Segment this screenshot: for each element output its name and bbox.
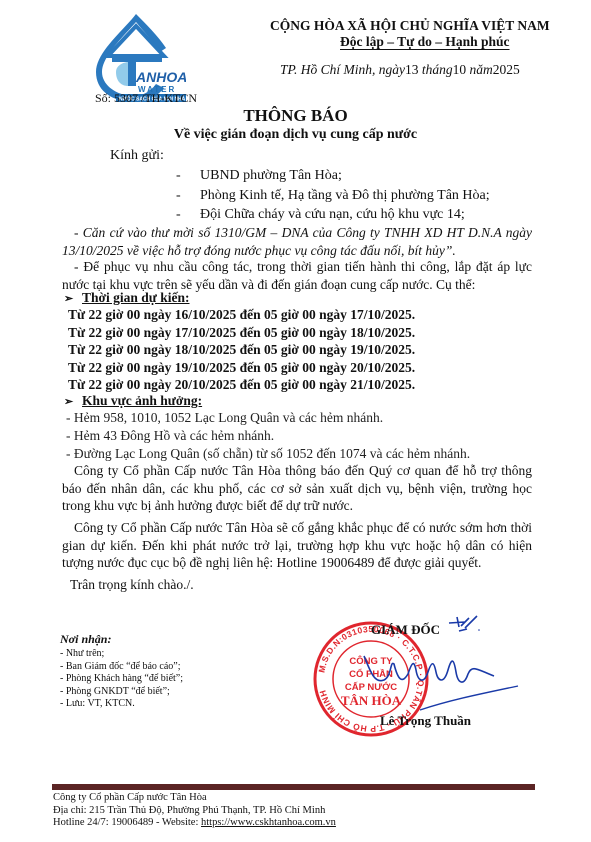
- reason-paragraph: - Để phục vụ nhu cầu công tác, trong thờ…: [62, 258, 532, 293]
- distribution-item: - Lưu: VT, KTCN.: [60, 698, 183, 711]
- schedule-item: Từ 22 giờ 00 ngày 16/10/2025 đến 05 giờ …: [68, 306, 415, 324]
- signer-name: Lê Trọng Thuần: [380, 713, 471, 729]
- distribution-item: - Như trên;: [60, 648, 183, 661]
- schedule-item: Từ 22 giờ 00 ngày 17/10/2025 đến 05 giờ …: [68, 324, 415, 342]
- footer-divider: [52, 784, 535, 790]
- footer: Công ty Cổ phần Cấp nước Tân Hòa Địa chỉ…: [53, 792, 336, 830]
- area-item: - Hẻm 958, 1010, 1052 Lạc Long Quân và c…: [66, 409, 470, 427]
- footer-hotline: Hotline 24/7: 19006489 - Website:: [53, 817, 201, 828]
- signature-icon: [360, 640, 520, 720]
- svg-text:ANHOA: ANHOA: [135, 69, 186, 85]
- handwritten-signature: [360, 640, 520, 720]
- document-subtitle: Về việc gián đoạn dịch vụ cung cấp nước: [0, 127, 591, 143]
- document-title: THÔNG BÁO: [0, 106, 591, 126]
- distribution-item: - Phòng Khách hàng “để biết”;: [60, 673, 183, 686]
- distribution-list: - Như trên; - Ban Giám đốc “để báo cáo”;…: [60, 648, 183, 711]
- date-prefix: TP. Hồ Chí Minh, ngày: [280, 62, 405, 77]
- recipient-item: -Phòng Kinh tế, Hạ tầng và Đô thị phường…: [176, 186, 490, 206]
- signer-role: GIÁM ĐỐC: [371, 622, 440, 638]
- schedule-list: Từ 22 giờ 00 ngày 16/10/2025 đến 05 giờ …: [68, 306, 415, 394]
- date-year-label: năm: [466, 62, 493, 77]
- schedule-item: Từ 22 giờ 00 ngày 19/10/2025 đến 05 giờ …: [68, 359, 415, 377]
- recipient-list: -UBND phường Tân Hòa; -Phòng Kinh tế, Hạ…: [176, 166, 490, 225]
- distribution-item: - Ban Giám đốc “để báo cáo”;: [60, 661, 183, 674]
- date-month-label: tháng: [419, 62, 453, 77]
- recipient-item: -UBND phường Tân Hòa;: [176, 166, 490, 186]
- document-number: Số: 5307 /TH-KTCN: [95, 91, 197, 106]
- date-year: 2025: [493, 62, 520, 77]
- notice-paragraph: Công ty Cổ phần Cấp nước Tân Hòa thông b…: [62, 462, 532, 515]
- recipient-item: -Đội Chữa cháy và cứu nạn, cứu hộ khu vự…: [176, 205, 490, 225]
- basis-paragraph: - Căn cứ vào thư mời số 1310/GM – DNA củ…: [62, 224, 532, 259]
- national-motto: Độc lập – Tự do – Hạnh phúc: [340, 34, 510, 50]
- footer-company: Công ty Cổ phần Cấp nước Tân Hòa: [53, 792, 336, 805]
- commitment-paragraph: Công ty Cổ phần Cấp nước Tân Hòa sẽ cố g…: [62, 519, 532, 572]
- area-item: - Đường Lạc Long Quân (số chẵn) từ số 10…: [66, 445, 470, 463]
- distribution-item: - Phòng GNKDT “để biết”;: [60, 686, 183, 699]
- website-link[interactable]: https://www.cskhtanhoa.com.vn: [201, 817, 336, 828]
- area-item: - Hẻm 43 Đông Hồ và các hẻm nhánh.: [66, 427, 470, 445]
- schedule-item: Từ 22 giờ 00 ngày 20/10/2025 đến 05 giờ …: [68, 376, 415, 394]
- salutation: Kính gửi:: [110, 148, 164, 164]
- closing-greeting: Trân trọng kính chào./.: [70, 577, 194, 593]
- date-day: 13: [405, 62, 419, 77]
- date-month: 10: [453, 62, 467, 77]
- national-title: CỘNG HÒA XÃ HỘI CHỦ NGHĨA VIỆT NAM: [270, 18, 550, 34]
- arrow-bullet-icon: ➢: [64, 292, 82, 305]
- initial-signature-icon: [447, 614, 487, 634]
- footer-address: Địa chỉ: 215 Trần Thủ Độ, Phường Phú Thạ…: [53, 805, 336, 818]
- footer-contact: Hotline 24/7: 19006489 - Website: https:…: [53, 817, 336, 830]
- initial-mark: [447, 614, 487, 634]
- schedule-item: Từ 22 giờ 00 ngày 18/10/2025 đến 05 giờ …: [68, 341, 415, 359]
- affected-area-heading: ➢Khu vực ảnh hưởng:: [64, 393, 202, 409]
- arrow-bullet-icon: ➢: [64, 395, 82, 408]
- schedule-heading: ➢Thời gian dự kiến:: [64, 290, 190, 306]
- place-and-date: TP. Hồ Chí Minh, ngày13 tháng10 năm2025: [280, 62, 520, 78]
- affected-area-list: - Hẻm 958, 1010, 1052 Lạc Long Quân và c…: [66, 409, 470, 463]
- distribution-title: Nơi nhận:: [60, 632, 111, 647]
